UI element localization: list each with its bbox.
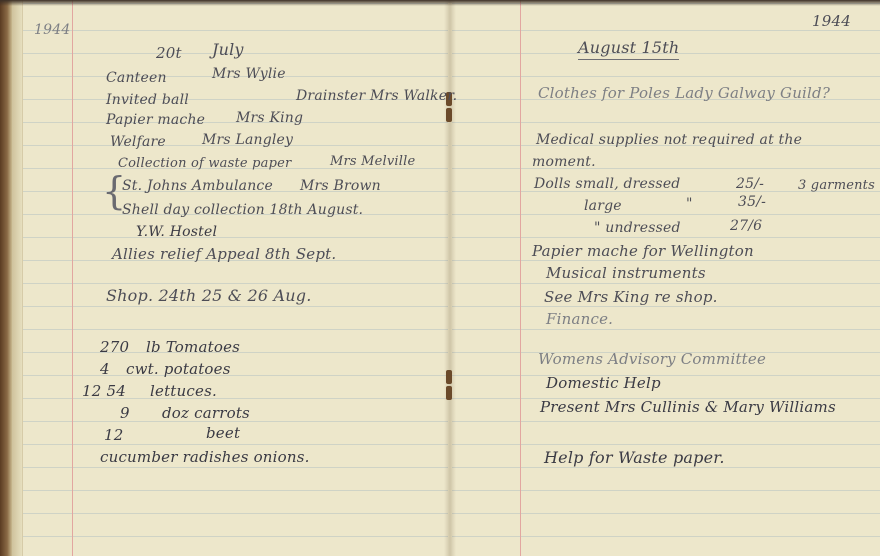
produce-item: lettuces. <box>150 382 217 400</box>
produce-item: lb Tomatoes <box>146 338 240 356</box>
staple-icon <box>446 108 452 122</box>
entry-shell-day: Shell day collection 18th August. <box>122 202 363 218</box>
dolls-undressed-price: 27/6 <box>730 218 762 234</box>
note-line: See Mrs King re shop. <box>544 288 718 306</box>
left-date-day: 20t <box>156 44 182 62</box>
staple-icon <box>446 386 452 400</box>
dolls-small-label: Dolls small, dressed <box>534 176 680 192</box>
left-page <box>22 0 448 556</box>
entry-papier-mache-person: Mrs King <box>236 110 303 126</box>
dolls-small-note: 3 garments <box>798 178 875 193</box>
produce-item: cucumber radishes onions. <box>100 448 310 466</box>
note-line: Present Mrs Cullinis & Mary Williams <box>540 398 836 416</box>
entry-allies-relief: Allies relief Appeal 8th Sept. <box>112 245 336 263</box>
produce-qty: 4 <box>100 360 110 378</box>
entry-yw-hostel: Y.W. Hostel <box>136 224 217 240</box>
page-edges <box>12 0 23 556</box>
note-line: Womens Advisory Committee <box>538 350 766 368</box>
shop-dates: Shop. 24th 25 & 26 Aug. <box>106 286 312 305</box>
note-line: Medical supplies not required at the <box>536 132 802 148</box>
right-year: 1944 <box>812 12 851 30</box>
produce-item: cwt. potatoes <box>126 360 231 378</box>
note-line: Finance. <box>546 310 613 328</box>
entry-st-johns-person: Mrs Brown <box>300 178 381 194</box>
entry-welfare: Welfare <box>110 134 166 150</box>
entry-waste-paper-person: Mrs Melville <box>330 154 415 169</box>
right-margin-line <box>520 0 521 556</box>
top-shadow <box>0 0 880 6</box>
left-date-month: July <box>212 40 244 59</box>
notebook-spread: 1944 20t July Canteen Mrs Wylie Invited … <box>0 0 880 556</box>
entry-st-johns: St. Johns Ambulance <box>122 178 273 194</box>
produce-item: beet <box>206 424 240 442</box>
dolls-large-ditto: " <box>686 196 693 212</box>
dolls-large-label: large <box>584 198 622 214</box>
dolls-small-price: 25/- <box>736 176 764 192</box>
entry-welfare-person: Mrs Langley <box>202 132 293 148</box>
entry-canteen: Canteen <box>106 70 167 86</box>
entry-invited-ball-extra: Drainster Mrs Walker. <box>296 88 457 104</box>
binding-gutter <box>444 0 456 556</box>
staple-icon <box>446 370 452 384</box>
note-line: Clothes for Poles Lady Galway Guild? <box>538 84 830 102</box>
note-line: Musical instruments <box>546 264 706 282</box>
produce-qty: 12 <box>104 426 124 444</box>
note-line: Papier mache for Wellington <box>532 242 754 260</box>
entry-invited-ball: Invited ball <box>106 92 189 108</box>
produce-qty: 9 <box>120 404 130 422</box>
entry-waste-paper: Collection of waste paper <box>118 156 291 171</box>
produce-qty: 12 54 <box>82 382 126 400</box>
entry-canteen-person: Mrs Wylie <box>212 66 286 82</box>
notebook-cover-edge <box>0 0 12 556</box>
entry-papier-mache: Papier mache <box>106 112 205 128</box>
dolls-large-price: 35/- <box>738 194 766 210</box>
produce-qty: 270 <box>100 338 129 356</box>
right-heading-date: August 15th <box>578 38 679 60</box>
dolls-undressed-label: " undressed <box>594 220 681 236</box>
produce-item: doz carrots <box>162 404 250 422</box>
left-margin-line <box>72 0 73 556</box>
left-year: 1944 <box>34 22 70 38</box>
note-line: Domestic Help <box>546 374 661 392</box>
note-line: moment. <box>532 154 596 170</box>
closing-note: Help for Waste paper. <box>544 448 725 467</box>
